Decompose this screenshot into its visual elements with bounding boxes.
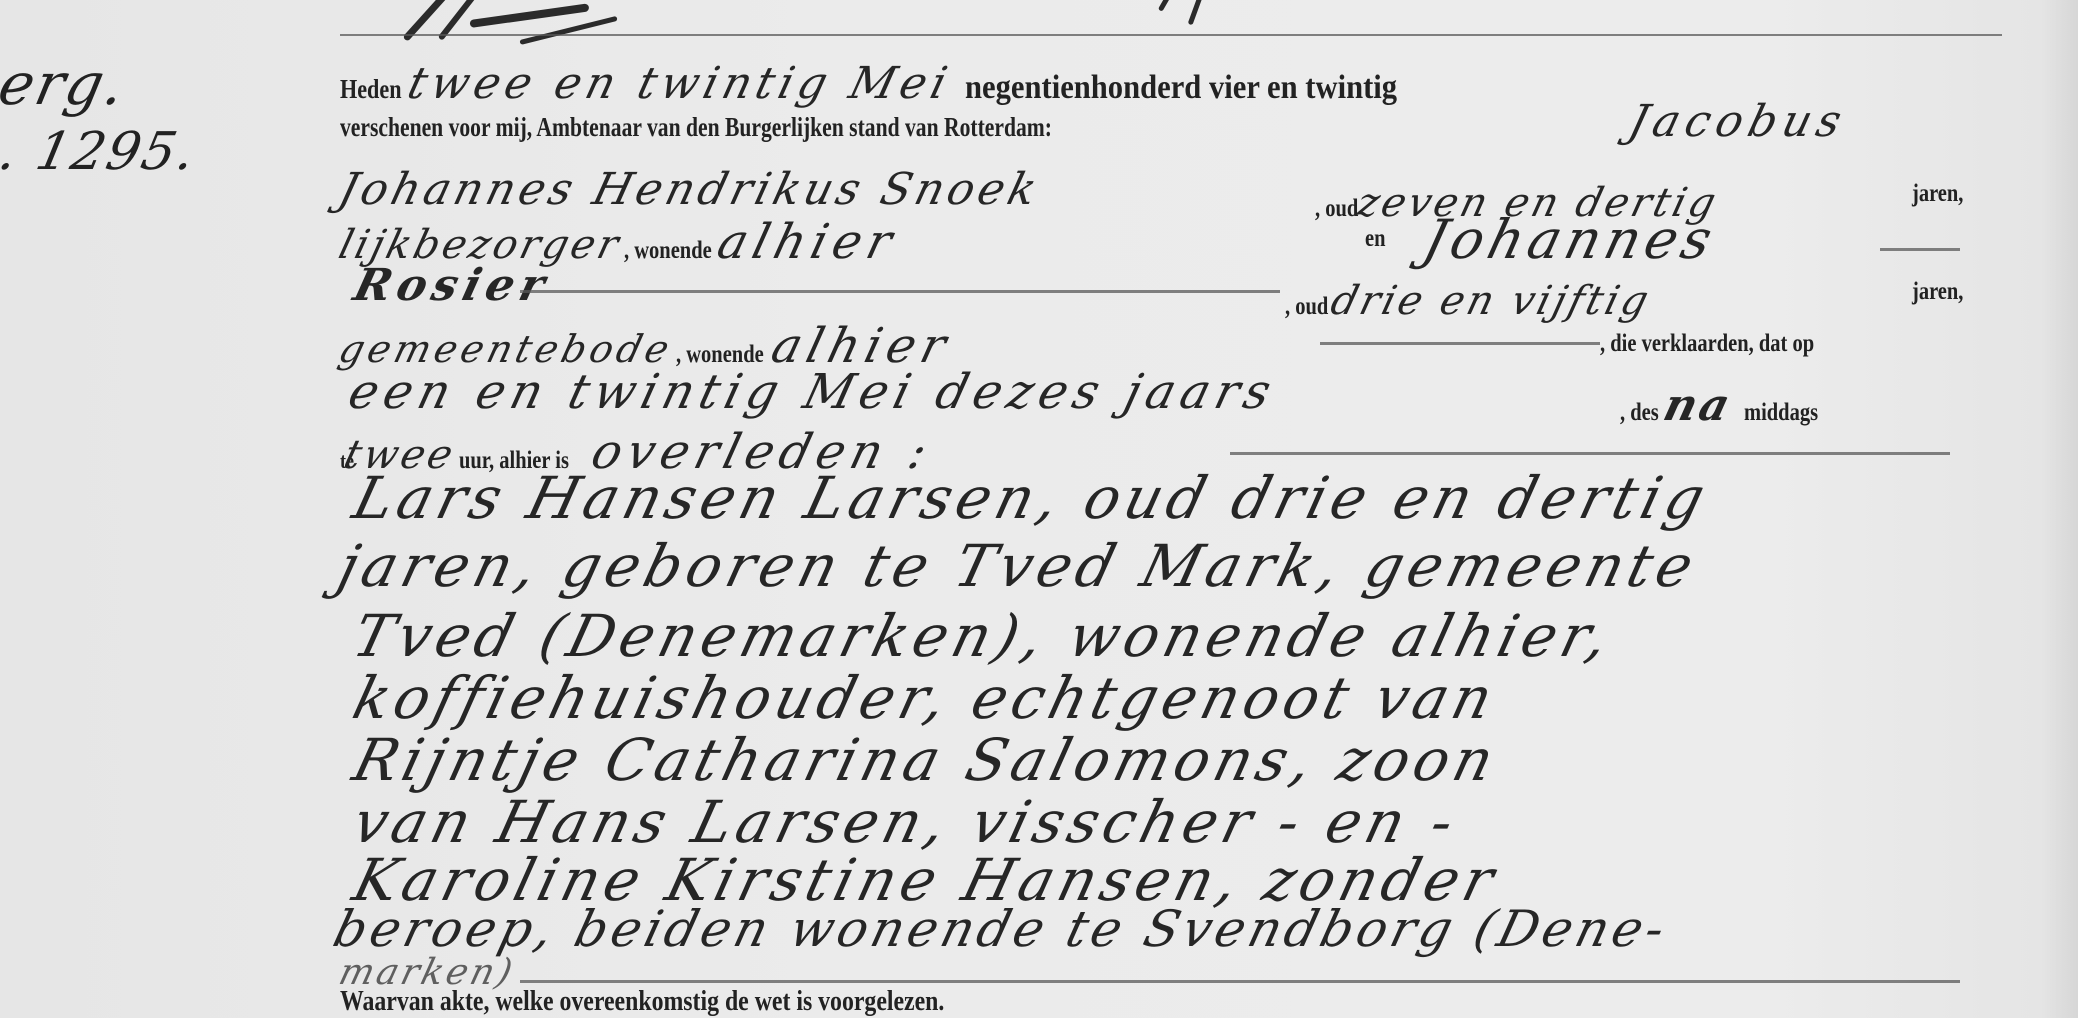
deceased-line-4: koffiehuishouder, echtgenoot van (355, 664, 1496, 732)
form-line-7-right: , des na middags (1620, 380, 1834, 431)
deceased-text-line: jaren, geboren te Tved Mark, gemeente (332, 532, 1705, 600)
form-line-1: Heden twee en twintig Mei negentienhonde… (340, 58, 1445, 109)
form-line-3: Johannes Hendrikus Snoek (340, 164, 1039, 215)
deceased-text-line: beroep, beiden wonende te Svendborg (Den… (328, 900, 1675, 958)
top-rule (340, 34, 2002, 36)
printed-oud-2: , oud (1285, 293, 1328, 321)
deceased-text-line: koffiehuishouder, echtgenoot van (347, 664, 1505, 732)
hand-age-2: drie en vijftig (1326, 278, 1656, 324)
printed-des: , des (1620, 399, 1659, 427)
signature-stroke (1188, 0, 1203, 25)
blank-rule-3 (1230, 452, 1950, 455)
blank-rule (520, 290, 1280, 293)
deceased-line-8: beroep, beiden wonende te Svendborg (Den… (335, 900, 1667, 958)
margin-note-top: erg. (0, 50, 133, 118)
printed-jaren-2-wrap: jaren, (1912, 278, 1975, 306)
printed-year: negentienhonderd vier en twintig (965, 69, 1397, 107)
printed-jaren-2: jaren, (1912, 278, 1963, 306)
printed-heden: Heden (340, 74, 402, 105)
dash-rule (1880, 248, 1960, 251)
printed-appeared: verschenen voor mij, Ambtenaar van den B… (340, 112, 1052, 143)
hand-time-of-day: na (1659, 380, 1738, 431)
deceased-text-line: Lars Hansen Larsen, oud drie en dertig (347, 464, 1717, 532)
form-line-5-right: , oud drie en vijftig (1285, 278, 1650, 324)
deceased-line-1: Lars Hansen Larsen, oud drie en dertig (355, 464, 1708, 532)
hand-witness2-surname: Rosier (349, 260, 556, 311)
blank-rule-2 (1320, 342, 1600, 345)
signature-stroke (519, 16, 617, 45)
form-line-7: een en twintig Mei dezes jaars (350, 364, 1275, 420)
signature-stroke (469, 3, 589, 28)
margin-note-number: . 1295. (0, 122, 202, 182)
printed-wonende: , wonende (624, 237, 712, 265)
deceased-line-3: Tved (Denemarken), wonende alhier, (355, 602, 1612, 670)
hand-witness2-first-wrap: Johannes (1425, 208, 1715, 271)
printed-en: en (1365, 225, 1386, 253)
footer-line: Waarvan akte, welke overeenkomstig de we… (340, 986, 1051, 1018)
bottom-blank-rule (520, 980, 1960, 983)
scan-edge-shadow (2040, 0, 2078, 1018)
printed-middags: middags (1744, 399, 1818, 427)
scanned-document-page: erg. . 1295. W. Verslag (signature, part… (0, 0, 2078, 1018)
deceased-text-line: Rijntje Catharina Salomons, zoon (347, 726, 1506, 794)
hand-witness1-name: Johannes Hendrikus Snoek (334, 164, 1046, 215)
hand-witness2-first: Johannes (1417, 208, 1723, 271)
deceased-line-2: jaren, geboren te Tved Mark, gemeente (340, 532, 1696, 600)
hand-event-date: een en twintig Mei dezes jaars (343, 364, 1282, 420)
printed-verklaarden: , die verklaarden, dat op (1600, 330, 1814, 358)
form-line-5: Rosier (355, 260, 550, 311)
hand-name-start: Jacobus (1624, 96, 1853, 147)
hand-residence-1: alhier (712, 214, 904, 270)
form-line-4-right: en (1365, 225, 1390, 253)
signature-stroke (1158, 0, 1182, 12)
deceased-text-line: Tved (Denemarken), wonende alhier, (347, 602, 1621, 670)
form-line-2: verschenen voor mij, Ambtenaar van den B… (340, 112, 1230, 143)
printed-jaren-1-wrap: jaren, (1912, 180, 1975, 208)
printed-jaren: jaren, (1912, 180, 1963, 208)
hand-date: twee en twintig Mei (403, 58, 957, 109)
form-line-6-right: , die verklaarden, dat op (1600, 330, 1861, 358)
printed-oud: , oud (1315, 195, 1358, 223)
deceased-line-5: Rijntje Catharina Salomons, zoon (355, 726, 1497, 794)
printed-footer: Waarvan akte, welke overeenkomstig de we… (340, 986, 944, 1018)
hand-witness1-first: Jacobus (1630, 96, 1846, 147)
